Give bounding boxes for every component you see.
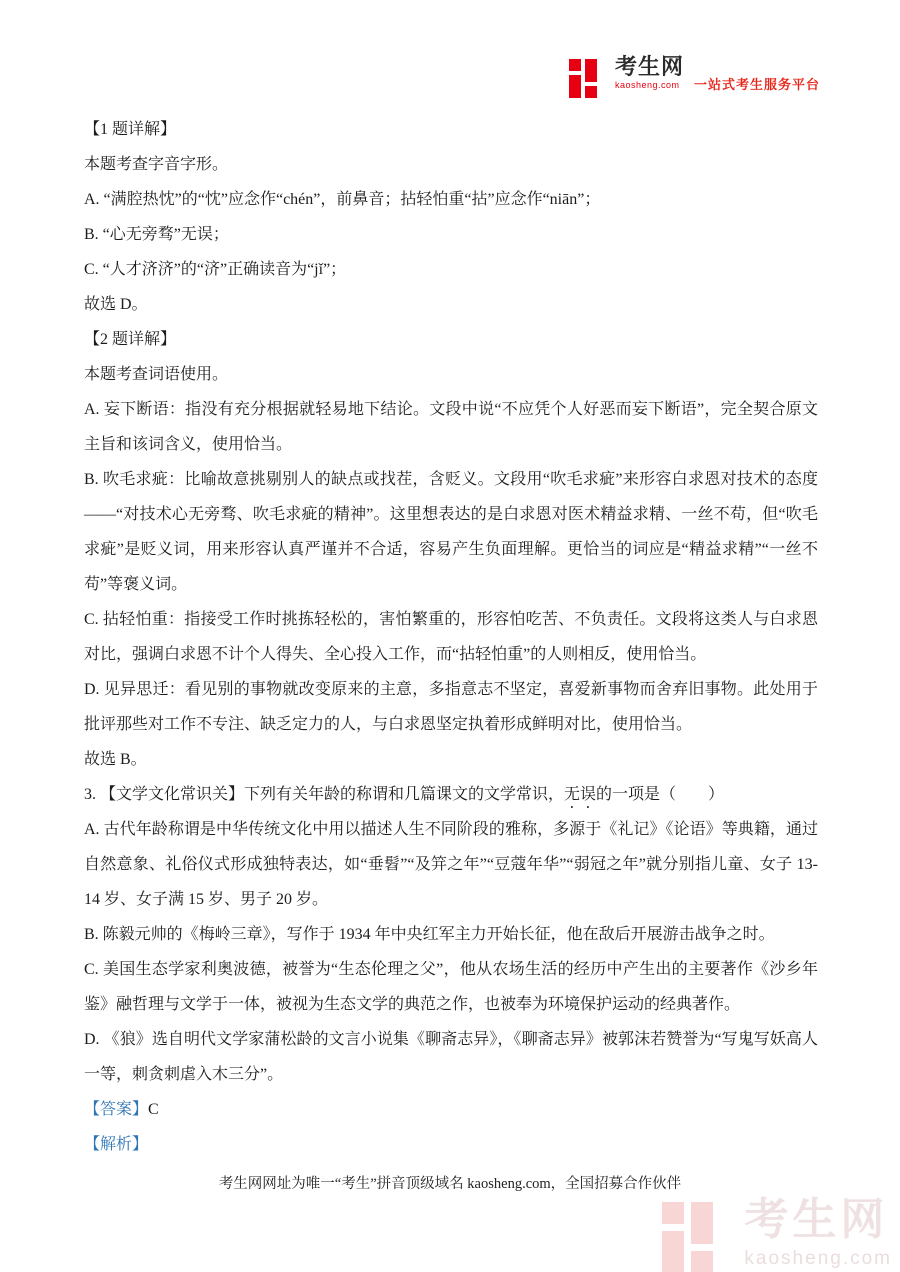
question-3-option-b: B. 陈毅元帅的《梅岭三章》，写作于 1934 年中央红军主力开始长征，他在敌后…	[84, 917, 818, 952]
question-3-stem-post: 的一项是（ ）	[596, 786, 724, 803]
explanation-2-option-a: A. 妄下断语：指没有充分根据就轻易地下结论。文段中说“不应凭个人好恶而妄下断语…	[84, 392, 818, 462]
analysis-line: 【解析】	[84, 1127, 818, 1162]
explanation-2-intro: 本题考查词语使用。	[84, 357, 818, 392]
watermark-name: 考生网	[744, 1198, 892, 1242]
explanation-2-option-b: B. 吹毛求疵：比喻故意挑剔别人的缺点或找茬，含贬义。文段用“吹毛求疵”来形容白…	[84, 462, 818, 602]
explanation-1-option-c: C. “人才济济”的“济”正确读音为“jǐ”；	[84, 252, 818, 287]
answer-value: C	[148, 1101, 159, 1118]
explanation-2-option-d: D. 见异思迁：看见别的事物就改变原来的主意，多指意志不坚定，喜爱新事物而舍弃旧…	[84, 672, 818, 742]
document-page: 考生网 kaosheng.com 一站式考生服务平台 【1 题详解】 本题考查字…	[0, 0, 900, 1272]
question-3-emphasized-word: 无误	[564, 786, 596, 803]
explanation-1-option-b: B. “心无旁骛”无误；	[84, 217, 818, 252]
analysis-label: 【解析】	[84, 1136, 148, 1153]
watermark-domain: kaosheng.com	[744, 1249, 892, 1268]
watermark-logo: 考生网 kaosheng.com	[662, 1198, 892, 1272]
question-3-option-a: A. 古代年龄称谓是中华传统文化中用以描述人生不同阶段的雅称，多源于《礼记》《论…	[84, 812, 818, 917]
footer-note: 考生网网址为唯一“考生”拼音顶级域名 kaosheng.com，全国招募合作伙伴	[0, 1172, 900, 1193]
logo-text-block: 考生网 kaosheng.com	[615, 56, 684, 90]
explanation-1-intro: 本题考查字音字形。	[84, 147, 818, 182]
watermark-text-block: 考生网 kaosheng.com	[744, 1198, 892, 1268]
question-3-stem: 3. 【文学文化常识关】下列有关年龄的称谓和几篇课文的文学常识，无误的一项是（ …	[84, 777, 818, 812]
explanation-2-option-c: C. 拈轻怕重：指接受工作时挑拣轻松的，害怕繁重的，形容怕吃苦、不负责任。文段将…	[84, 602, 818, 672]
logo-domain: kaosheng.com	[615, 81, 684, 90]
explanation-2-conclusion: 故选 B。	[84, 742, 818, 777]
document-content: 【1 题详解】 本题考查字音字形。 A. “满腔热忱”的“忱”应念作“chén”…	[84, 112, 818, 1162]
explanation-1-conclusion: 故选 D。	[84, 287, 818, 322]
site-logo: 考生网 kaosheng.com 一站式考生服务平台	[569, 56, 820, 98]
answer-label: 【答案】	[84, 1101, 148, 1118]
kaosheng-watermark-icon	[662, 1198, 734, 1272]
explanation-1-option-a: A. “满腔热忱”的“忱”应念作“chén”，前鼻音；拈轻怕重“拈”应念作“ni…	[84, 182, 818, 217]
question-3-option-c: C. 美国生态学家利奥波德，被誉为“生态伦理之父”，他从农场生活的经历中产生出的…	[84, 952, 818, 1022]
kaosheng-logo-icon	[569, 56, 609, 98]
question-3-stem-pre: 3. 【文学文化常识关】下列有关年龄的称谓和几篇课文的文学常识，	[84, 786, 564, 803]
explanation-2-heading: 【2 题详解】	[84, 322, 818, 357]
answer-line: 【答案】C	[84, 1092, 818, 1127]
logo-name: 考生网	[615, 56, 684, 78]
question-3-option-d: D. 《狼》选自明代文学家蒲松龄的文言小说集《聊斋志异》，《聊斋志异》被郭沫若赞…	[84, 1022, 818, 1092]
explanation-1-heading: 【1 题详解】	[84, 112, 818, 147]
logo-tagline: 一站式考生服务平台	[694, 74, 820, 93]
